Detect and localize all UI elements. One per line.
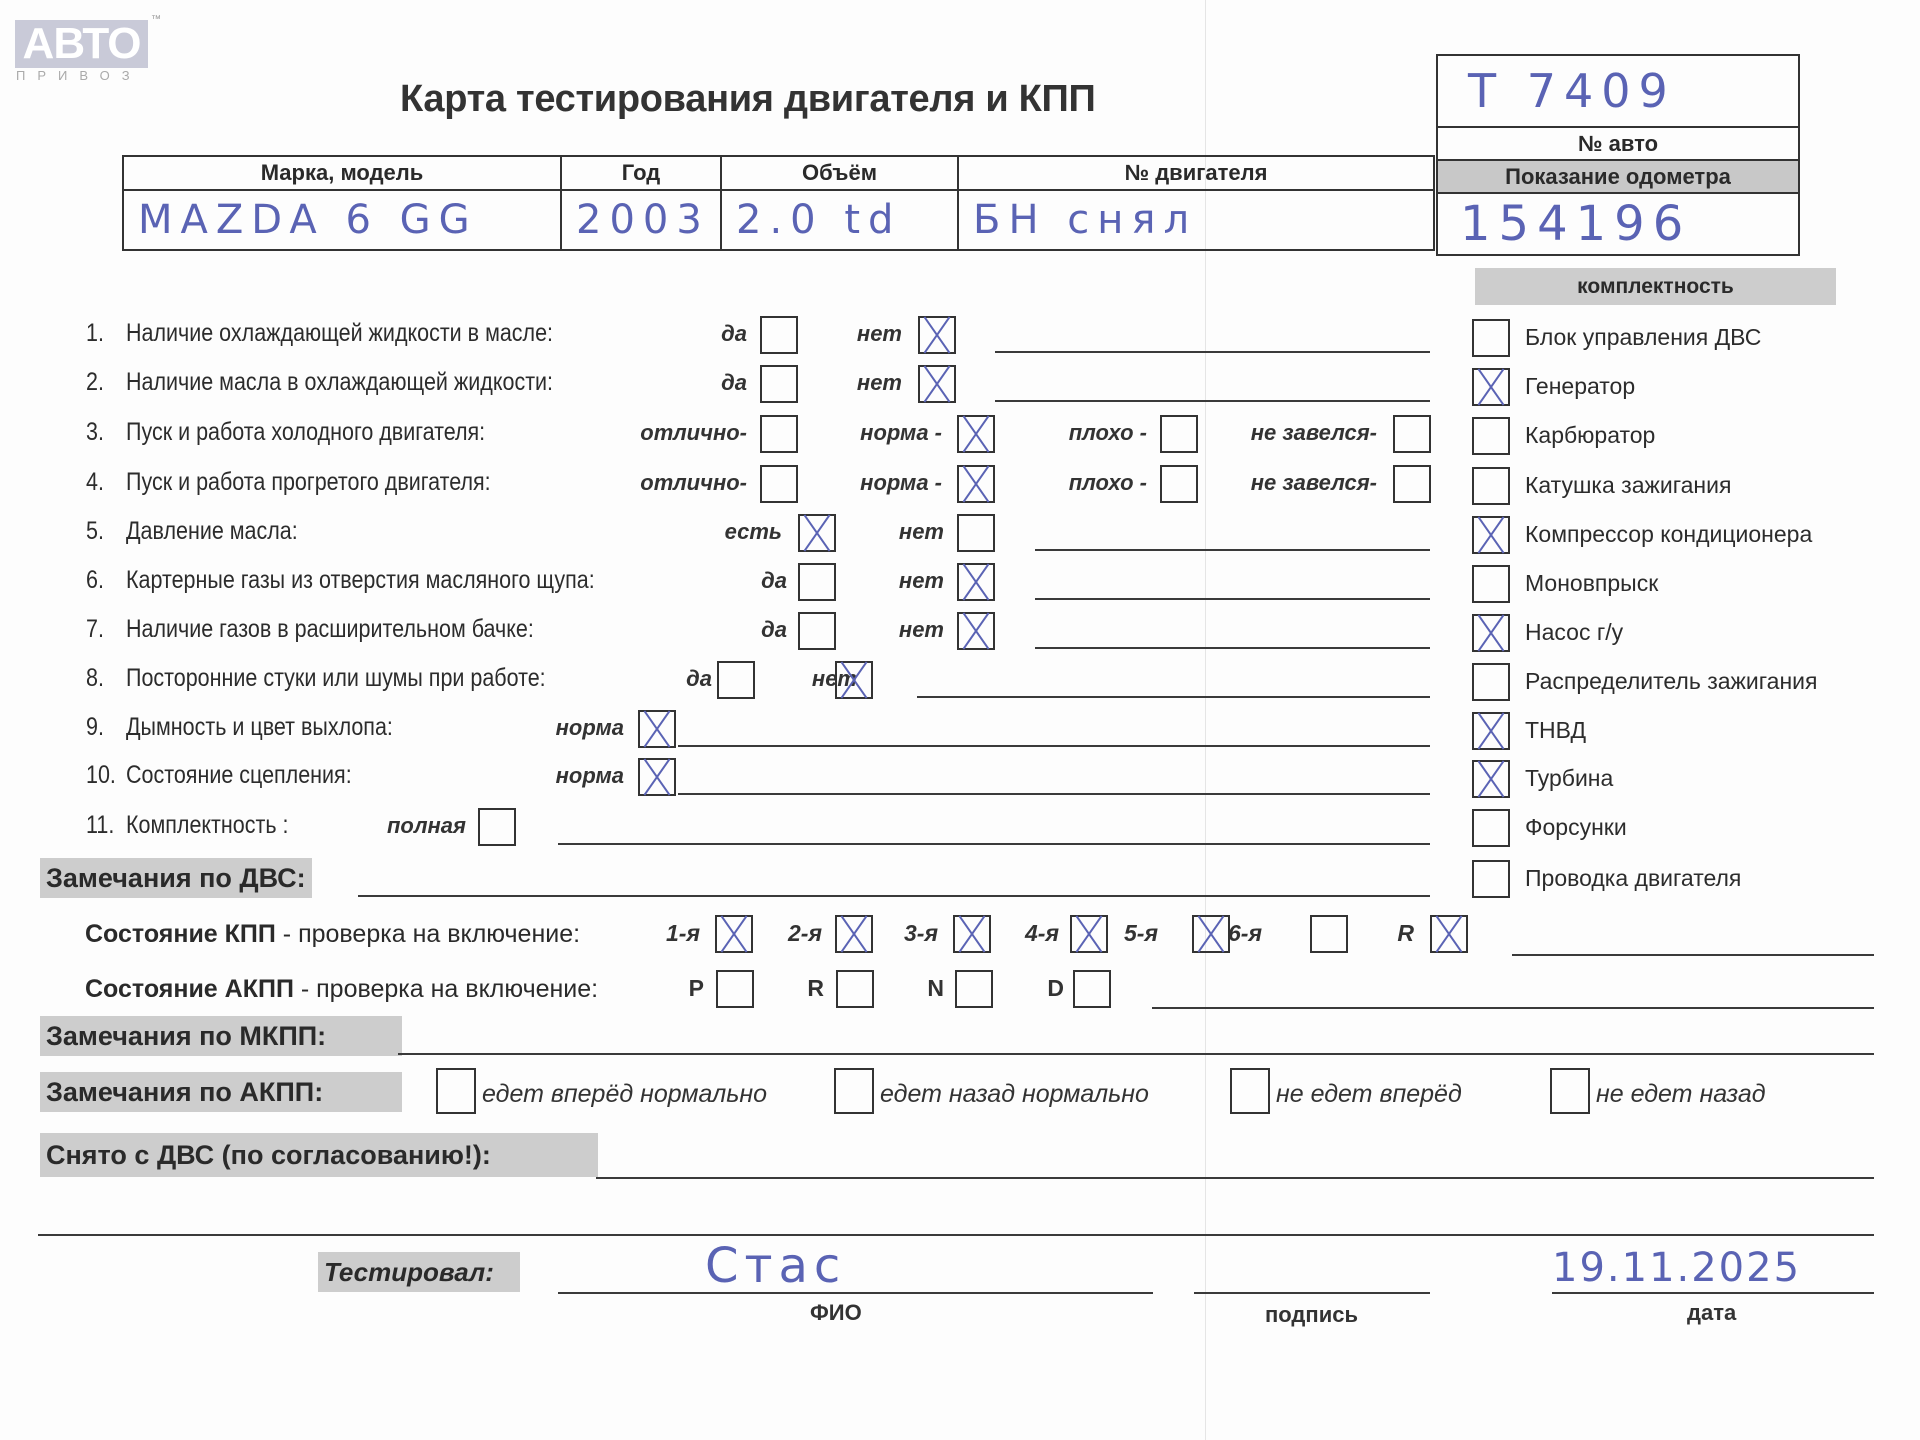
checklist-item-2-checkbox[interactable] bbox=[760, 365, 798, 403]
checklist-item-6-option-label: нет bbox=[899, 568, 944, 594]
kit-item-label: Турбина bbox=[1525, 765, 1613, 792]
checklist-item-9-option-label: норма bbox=[556, 715, 624, 741]
checklist-item-5-option-label: нет bbox=[899, 519, 944, 545]
col-header-model: Марка, модель bbox=[123, 156, 561, 190]
auto-remark-checkbox[interactable] bbox=[436, 1068, 476, 1114]
checklist-item-1-number: 1. bbox=[86, 319, 104, 348]
kit-item-checkbox[interactable] bbox=[1472, 565, 1510, 603]
manual-gearbox-notes-field[interactable] bbox=[1512, 954, 1874, 956]
auto-gear-label: N bbox=[927, 975, 944, 1002]
manual-gearbox-title-rest: - проверка на включение: bbox=[276, 920, 580, 948]
checklist-item-7-option-label: нет bbox=[899, 617, 944, 643]
auto-remark-label: едет вперёд нормально bbox=[482, 1080, 767, 1109]
auto-gearbox-title-rest: - проверка на включение: bbox=[294, 975, 598, 1003]
kit-item-checkbox[interactable] bbox=[1472, 516, 1510, 554]
kit-item-checkbox[interactable] bbox=[1472, 663, 1510, 701]
checklist-item-10-checkbox[interactable] bbox=[638, 758, 676, 796]
checklist-item-4-checkbox[interactable] bbox=[1160, 465, 1198, 503]
checklist-item-7-notes-field[interactable] bbox=[1035, 647, 1430, 649]
checklist-item-5-option-label: есть bbox=[725, 519, 782, 545]
col-header-volume: Объём bbox=[721, 156, 958, 190]
manual-gearbox-title: Состояние КПП - проверка на включение: bbox=[85, 920, 580, 949]
checklist-item-7-checkbox[interactable] bbox=[957, 612, 995, 650]
auto-remarks-label: Замечания по АКПП: bbox=[40, 1072, 402, 1112]
checklist-item-8-checkbox[interactable] bbox=[835, 661, 873, 699]
checklist-item-3-checkbox[interactable] bbox=[1160, 415, 1198, 453]
manual-gear-label: 3-я bbox=[904, 920, 938, 947]
checklist-item-5-notes-field[interactable] bbox=[1035, 549, 1430, 551]
checklist-item-3-number: 3. bbox=[86, 418, 104, 447]
signature-line[interactable] bbox=[1194, 1292, 1430, 1294]
kit-item-checkbox[interactable] bbox=[1472, 319, 1510, 357]
checklist-item-4-checkbox[interactable] bbox=[1393, 465, 1431, 503]
auto-remark-checkbox[interactable] bbox=[1230, 1068, 1270, 1114]
tester-name-caption: ФИО bbox=[810, 1300, 862, 1326]
checklist-item-7-label: Наличие газов в расширительном бачке: bbox=[126, 615, 534, 644]
checklist-item-7-checkbox[interactable] bbox=[798, 612, 836, 650]
checklist-item-9-label: Дымность и цвет выхлопа: bbox=[126, 713, 393, 742]
checklist-item-4-checkbox[interactable] bbox=[760, 465, 798, 503]
auto-remark-label: не едет вперёд bbox=[1276, 1080, 1462, 1109]
model-field[interactable]: MAZDA 6 GG bbox=[123, 190, 561, 250]
kit-item-label: Моновпрыск bbox=[1525, 570, 1658, 597]
checklist-item-4-option-label: норма - bbox=[860, 470, 942, 496]
manual-gear-checkbox[interactable] bbox=[835, 915, 873, 953]
kit-item-checkbox[interactable] bbox=[1472, 809, 1510, 847]
checklist-item-11-notes-field[interactable] bbox=[558, 843, 1430, 845]
manual-gearbox-title-bold: Состояние КПП bbox=[85, 920, 276, 948]
checklist-item-5-checkbox[interactable] bbox=[957, 514, 995, 552]
checklist-item-8-checkbox[interactable] bbox=[717, 661, 755, 699]
checklist-item-5-checkbox[interactable] bbox=[798, 514, 836, 552]
volume-field[interactable]: 2.0 td bbox=[721, 190, 958, 250]
logo-subtitle: ПРИВОЗ bbox=[16, 68, 142, 83]
logo-trademark: ™ bbox=[151, 14, 161, 25]
kit-title: комплектность bbox=[1475, 268, 1836, 305]
kit-item-label: ТНВД bbox=[1525, 717, 1586, 744]
checklist-item-3-option-label: плохо - bbox=[1069, 420, 1147, 446]
checklist-item-1-checkbox[interactable] bbox=[918, 316, 956, 354]
logo: АВТО bbox=[15, 20, 148, 68]
plate-field[interactable]: T 7409 bbox=[1438, 56, 1798, 128]
checklist-item-11-number: 11. bbox=[86, 811, 114, 840]
auto-gearbox-title: Состояние АКПП - проверка на включение: bbox=[85, 975, 598, 1004]
auto-gear-checkbox[interactable] bbox=[955, 970, 993, 1008]
manual-gear-checkbox[interactable] bbox=[1310, 915, 1348, 953]
plate-label: № авто bbox=[1438, 128, 1798, 161]
vehicle-box: T 7409 № авто Показание одометра 154196 bbox=[1436, 54, 1800, 256]
auto-gear-label: D bbox=[1047, 975, 1064, 1002]
auto-gear-label: R bbox=[807, 975, 824, 1002]
kit-item-checkbox[interactable] bbox=[1472, 860, 1510, 898]
kit-item-label: Форсунки bbox=[1525, 814, 1627, 841]
auto-gearbox-notes-field[interactable] bbox=[1152, 1007, 1874, 1009]
checklist-item-4-label: Пуск и работа прогретого двигателя: bbox=[126, 468, 491, 497]
checklist-item-6-checkbox[interactable] bbox=[798, 563, 836, 601]
checklist-item-3-checkbox[interactable] bbox=[957, 415, 995, 453]
manual-gear-checkbox[interactable] bbox=[715, 915, 753, 953]
auto-remark-checkbox[interactable] bbox=[834, 1068, 874, 1114]
vehicle-info-table: Марка, модель Год Объём № двигателя MAZD… bbox=[122, 155, 1435, 251]
kit-item-label: Блок управления ДВС bbox=[1525, 324, 1761, 351]
kit-item-checkbox[interactable] bbox=[1472, 712, 1510, 750]
checklist-item-4-option-label: отлично- bbox=[640, 470, 747, 496]
checklist-item-6-label: Картерные газы из отверстия масляного щу… bbox=[126, 566, 595, 595]
checklist-item-11-option-label: полная bbox=[387, 813, 466, 839]
engine-no-field[interactable]: БН снял bbox=[958, 190, 1434, 250]
checklist-item-6-checkbox[interactable] bbox=[957, 563, 995, 601]
kit-item-label: Карбюратор bbox=[1525, 422, 1655, 449]
checklist-item-1-option-label: да bbox=[721, 321, 747, 347]
checklist-item-1-notes-field[interactable] bbox=[995, 351, 1430, 353]
checklist-item-4-option-label: плохо - bbox=[1069, 470, 1147, 496]
checklist-item-2-label: Наличие масла в охлаждающей жидкости: bbox=[126, 368, 553, 397]
kit-item-label: Катушка зажигания bbox=[1525, 472, 1731, 499]
checklist-item-8-notes-field[interactable] bbox=[917, 696, 1430, 698]
checklist-item-5-number: 5. bbox=[86, 517, 104, 546]
kit-item-label: Проводка двигателя bbox=[1525, 865, 1741, 892]
checklist-item-1-option-label: нет bbox=[857, 321, 902, 347]
date-line bbox=[1552, 1292, 1874, 1294]
manual-gear-label: 5-я bbox=[1124, 920, 1158, 947]
manual-gear-checkbox[interactable] bbox=[953, 915, 991, 953]
manual-gear-label: 2-я bbox=[788, 920, 822, 947]
checklist-item-6-number: 6. bbox=[86, 566, 104, 595]
manual-gear-checkbox[interactable] bbox=[1070, 915, 1108, 953]
auto-gearbox-title-bold: Состояние АКПП bbox=[85, 975, 294, 1003]
checklist-item-10-notes-field[interactable] bbox=[678, 793, 1430, 795]
signature-caption: подпись bbox=[1265, 1302, 1358, 1328]
checklist-item-10-number: 10. bbox=[86, 761, 116, 790]
auto-remark-label: не едет назад bbox=[1596, 1080, 1766, 1109]
tested-by-label: Тестировал: bbox=[318, 1252, 520, 1292]
checklist-item-6-notes-field[interactable] bbox=[1035, 598, 1430, 600]
checklist-item-8-label: Посторонние стуки или шумы при работе: bbox=[126, 664, 546, 693]
checklist-item-3-checkbox[interactable] bbox=[1393, 415, 1431, 453]
auto-gear-checkbox[interactable] bbox=[716, 970, 754, 1008]
checklist-item-3-option-label: норма - bbox=[860, 420, 942, 446]
date-value[interactable]: 19.11.2025 bbox=[1552, 1245, 1801, 1291]
col-header-year: Год bbox=[561, 156, 721, 190]
manual-gear-checkbox[interactable] bbox=[1430, 915, 1468, 953]
kit-item-checkbox[interactable] bbox=[1472, 368, 1510, 406]
manual-remarks-field[interactable] bbox=[398, 1053, 1874, 1055]
manual-gear-label: 6-я bbox=[1228, 920, 1262, 947]
tester-name-line bbox=[558, 1292, 1153, 1294]
odometer-label: Показание одометра bbox=[1438, 161, 1798, 194]
manual-remarks-label: Замечания по МКПП: bbox=[40, 1016, 402, 1056]
tester-name-value[interactable]: Стас bbox=[705, 1238, 846, 1294]
checklist-item-2-number: 2. bbox=[86, 368, 104, 397]
checklist-item-8-option-label: да bbox=[686, 666, 712, 692]
checklist-item-10-label: Состояние сцепления: bbox=[126, 761, 352, 790]
auto-gear-checkbox[interactable] bbox=[836, 970, 874, 1008]
date-caption: дата bbox=[1687, 1300, 1736, 1326]
checklist-item-8-number: 8. bbox=[86, 664, 104, 693]
checklist-item-9-number: 9. bbox=[86, 713, 104, 742]
manual-gear-label: 1-я bbox=[666, 920, 700, 947]
auto-remark-label: едет назад нормально bbox=[880, 1080, 1149, 1109]
checklist-item-5-label: Давление масла: bbox=[126, 517, 298, 546]
checklist-item-10-option-label: норма bbox=[556, 763, 624, 789]
checklist-item-3-label: Пуск и работа холодного двигателя: bbox=[126, 418, 485, 447]
removed-parts-label: Снято с ДВС (по согласованию!): bbox=[40, 1133, 598, 1177]
checklist-item-3-option-label: не завелся- bbox=[1251, 420, 1377, 446]
checklist-item-1-label: Наличие охлаждающей жидкости в масле: bbox=[126, 319, 553, 348]
kit-item-checkbox[interactable] bbox=[1472, 467, 1510, 505]
kit-item-checkbox[interactable] bbox=[1472, 417, 1510, 455]
removed-parts-field[interactable] bbox=[596, 1177, 1874, 1179]
odometer-field[interactable]: 154196 bbox=[1438, 194, 1798, 254]
checklist-item-4-checkbox[interactable] bbox=[957, 465, 995, 503]
checklist-item-4-option-label: не завелся- bbox=[1251, 470, 1377, 496]
checklist-item-11-label: Комплектность : bbox=[126, 811, 288, 840]
checklist-item-9-notes-field[interactable] bbox=[678, 745, 1430, 747]
auto-remark-checkbox[interactable] bbox=[1550, 1068, 1590, 1114]
manual-gear-label: 4-я bbox=[1025, 920, 1059, 947]
manual-gear-checkbox[interactable] bbox=[1192, 915, 1230, 953]
kit-item-label: Распределитель зажигания bbox=[1525, 668, 1817, 695]
page-title: Карта тестирования двигателя и КПП bbox=[400, 78, 1096, 121]
checklist-item-7-option-label: да bbox=[761, 617, 787, 643]
checklist-item-3-checkbox[interactable] bbox=[760, 415, 798, 453]
auto-gear-label: P bbox=[689, 975, 704, 1002]
checklist-item-2-checkbox[interactable] bbox=[918, 365, 956, 403]
engine-remarks-label: Замечания по ДВС: bbox=[40, 858, 312, 898]
checklist-item-1-checkbox[interactable] bbox=[760, 316, 798, 354]
checklist-item-2-option-label: нет bbox=[857, 370, 902, 396]
checklist-item-3-option-label: отлично- bbox=[640, 420, 747, 446]
kit-item-checkbox[interactable] bbox=[1472, 614, 1510, 652]
kit-item-label: Компрессор кондиционера bbox=[1525, 521, 1812, 548]
checklist-item-9-checkbox[interactable] bbox=[638, 710, 676, 748]
checklist-item-7-number: 7. bbox=[86, 615, 104, 644]
checklist-item-11-checkbox[interactable] bbox=[478, 808, 516, 846]
kit-item-label: Насос г/у bbox=[1525, 619, 1623, 646]
kit-item-checkbox[interactable] bbox=[1472, 760, 1510, 798]
year-field[interactable]: 2003 bbox=[561, 190, 721, 250]
checklist-item-2-notes-field[interactable] bbox=[995, 400, 1430, 402]
checklist-item-2-option-label: да bbox=[721, 370, 747, 396]
checklist-item-4-number: 4. bbox=[86, 468, 104, 497]
auto-gear-checkbox[interactable] bbox=[1073, 970, 1111, 1008]
manual-gear-label: R bbox=[1397, 920, 1414, 947]
removed-parts-field-2[interactable] bbox=[38, 1234, 1874, 1236]
col-header-engine-no: № двигателя bbox=[958, 156, 1434, 190]
kit-item-label: Генератор bbox=[1525, 373, 1635, 400]
checklist-item-6-option-label: да bbox=[761, 568, 787, 594]
engine-remarks-field[interactable] bbox=[358, 895, 1430, 897]
